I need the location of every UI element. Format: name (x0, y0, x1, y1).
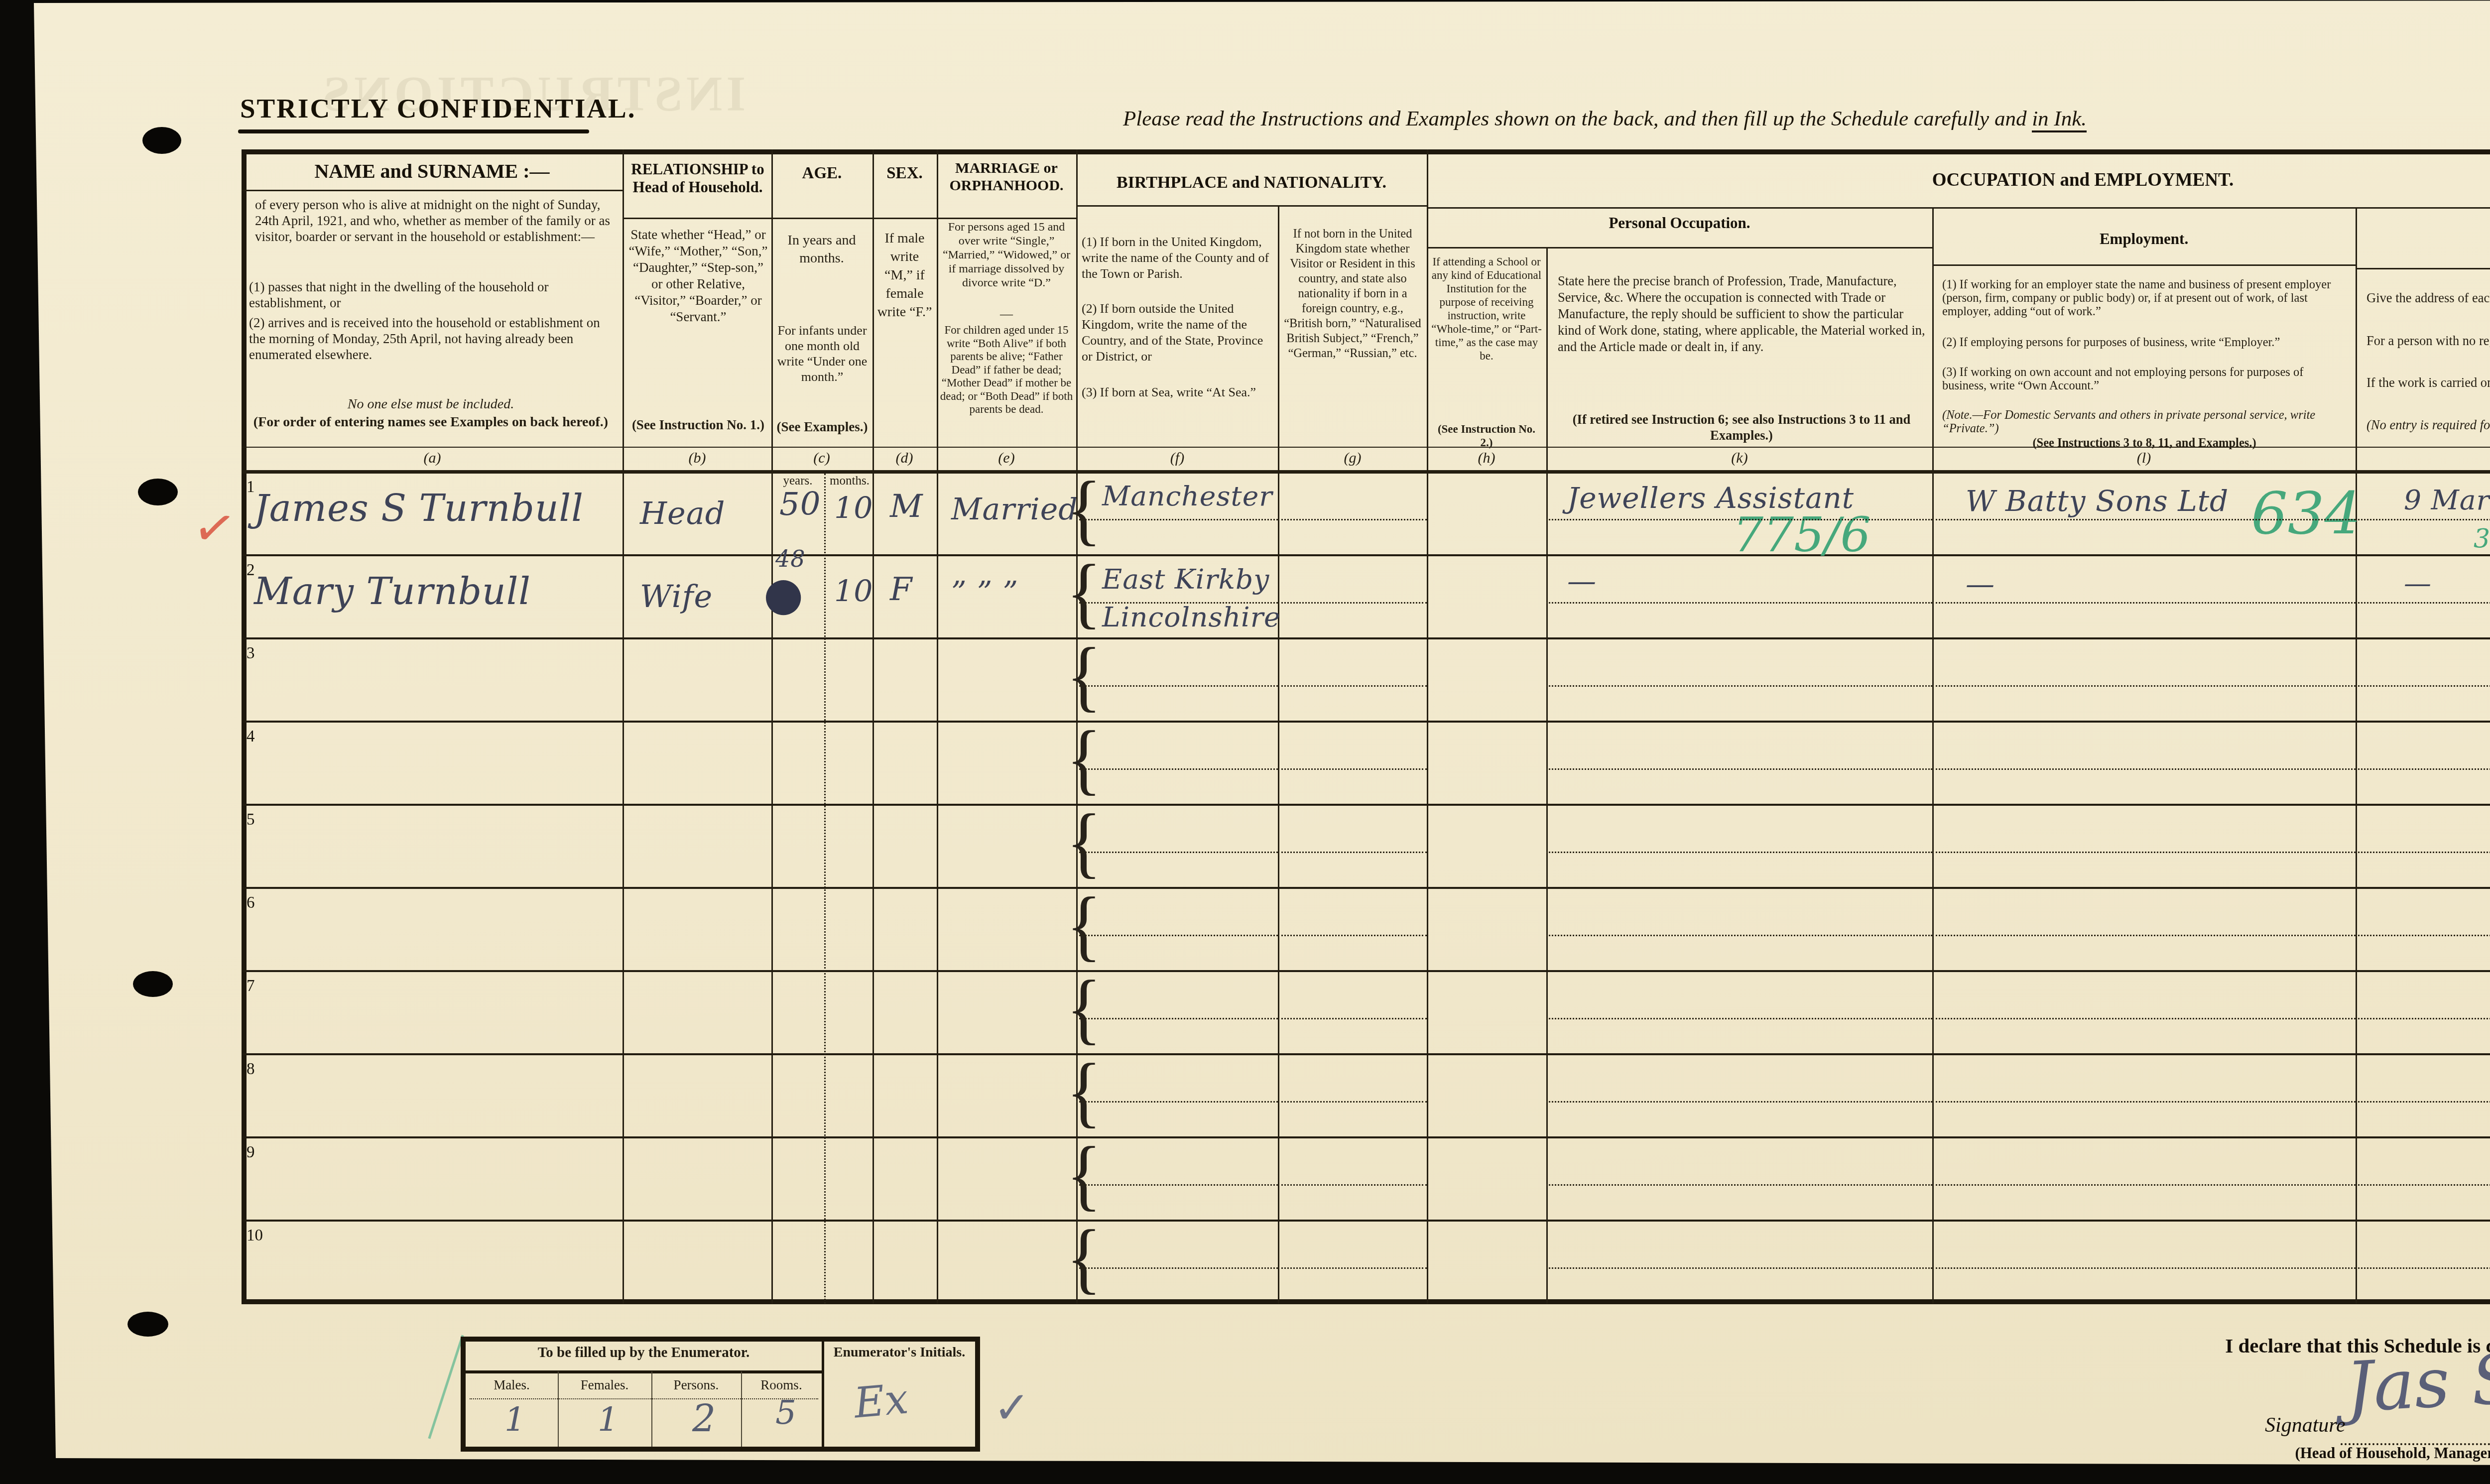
col-sex-body: If male write “M,” if female write “F.” (874, 229, 935, 321)
dotted-writing-line (1932, 768, 2356, 770)
punch-hole (138, 479, 178, 505)
dotted-writing-line (1076, 519, 1278, 520)
table-row: 4 { UnderOneAge last birthday.1234567891… (242, 723, 2490, 806)
dotted-writing-line (1278, 852, 1427, 853)
dotted-writing-line (1546, 1101, 1932, 1103)
punch-hole (142, 127, 181, 154)
entry-employer: — (1966, 567, 1995, 601)
enumerator-initials-value: Ex (852, 1374, 910, 1427)
entry-birthplace: East Kirkby (1102, 563, 1269, 595)
dotted-writing-line (1278, 1267, 1427, 1269)
top-instruction: Please read the Instructions and Example… (1123, 107, 2468, 131)
table-row: 1 James S Turnbull Head 50 10 M Married … (242, 473, 2490, 556)
rule (1427, 207, 2490, 209)
col-name-body: of every person who is alive at midnight… (255, 197, 613, 245)
entry-sex: F (890, 571, 912, 608)
dotted-writing-line (1932, 602, 2356, 604)
dotted-writing-line (1076, 1267, 1278, 1269)
dotted-writing-line (2356, 1267, 2490, 1269)
birthplace-brace: { (1066, 635, 1102, 716)
signature-caption: (Head of Household, Manager of Establish… (2189, 1444, 2490, 1462)
birthplace-brace: { (1066, 552, 1102, 633)
table-row: 6 { UnderOneAge last birthday.1234567891… (242, 889, 2490, 972)
table-row: 10 { UnderOneAge last birthday.123456789… (242, 1222, 2490, 1305)
dotted-writing-line (2356, 519, 2490, 520)
rooms-value: 5 (775, 1393, 796, 1432)
dotted-writing-line (1546, 768, 1932, 770)
rule (1076, 205, 1427, 207)
birthplace-left2: (2) If born outside the United Kingdom, … (1082, 301, 1272, 365)
entry-relationship: Wife (640, 578, 713, 615)
dotted-writing-line (1546, 685, 1932, 687)
occupation-code-annotation: 775/6 (1733, 507, 1871, 563)
school-body: If attending a School or any kind of Edu… (1430, 255, 1543, 363)
birthplace-brace: { (1066, 469, 1102, 550)
top-instruction-ink: in Ink. (2032, 107, 2087, 132)
col-rel-note: (See Instruction No. 1.) (628, 417, 768, 433)
place-b1: Give the address of each person’s place … (2366, 290, 2490, 306)
rooms-label: Rooms. (741, 1377, 822, 1393)
birthplace-brace: { (1066, 968, 1102, 1049)
row-number: 3 (247, 644, 255, 663)
occupation-super-title: OCCUPATION and EMPLOYMENT. (1427, 169, 2490, 191)
column-line (1427, 149, 1428, 472)
birthplace-brace: { (1066, 719, 1102, 799)
rule (822, 1342, 824, 1447)
dotted-writing-line (1278, 1018, 1427, 1019)
entry-name: Mary Turnbull (254, 570, 531, 613)
col-name-note2: (For order of entering names see Example… (247, 414, 615, 430)
entry-employer: W Batty Sons Ltd (1966, 484, 2229, 518)
employment-i3: (3) If working on own account and not em… (1942, 366, 2347, 392)
col-name-p2: (2) arrives and is received into the hou… (249, 315, 613, 363)
col-letter-g: (g) (1323, 450, 1382, 467)
table-row: 3 { UnderOneAge last birthday.1234567891… (242, 639, 2490, 723)
employment-note: (Note.—For Domestic Servants and others … (1942, 408, 2347, 435)
col-letter-e: (e) (977, 450, 1036, 467)
dotted-writing-line (1076, 935, 1278, 936)
punch-hole (127, 1312, 168, 1337)
school-note: (See Instruction No. 2.) (1430, 422, 1543, 449)
dotted-writing-line (1932, 519, 2356, 520)
col-age-note: (See Examples.) (775, 419, 870, 434)
birthplace-brace: { (1066, 885, 1102, 966)
dotted-writing-line (1546, 519, 1932, 520)
personal-occupation-note: (If retired see Instruction 6; see also … (1558, 411, 1925, 443)
dotted-writing-line (1546, 852, 1932, 853)
dotted-writing-line (1278, 519, 1427, 520)
place-of-work-title: Place of Work. (2356, 234, 2490, 252)
dotted-writing-line (1278, 1101, 1427, 1103)
dotted-writing-line (1076, 852, 1278, 853)
col-name-note: No one else must be included. (249, 396, 613, 412)
col-age-title: AGE. (771, 164, 872, 183)
table-row: 5 { UnderOneAge last birthday.1234567891… (242, 806, 2490, 889)
dotted-writing-line (1278, 1184, 1427, 1186)
males-value: 1 (504, 1400, 525, 1439)
dotted-writing-line (1932, 935, 2356, 936)
punch-hole (133, 971, 173, 997)
col-letter-k: (k) (1710, 450, 1769, 467)
entry-occupation: — (1567, 564, 1597, 598)
dotted-writing-line (1076, 1184, 1278, 1186)
col-marriage-body2: For children aged under 15 write “Both A… (939, 324, 1074, 416)
place-b3: If the work is carried on mainly at home… (2366, 374, 2490, 390)
row-number: 8 (247, 1060, 255, 1079)
col-age-body2: For infants under one month old write “U… (775, 323, 870, 384)
col-name-p1: (1) passes that night in the dwelling of… (249, 279, 613, 311)
dotted-writing-line (2356, 602, 2490, 604)
row-number: 4 (247, 728, 255, 746)
entry-place-of-work: — (2404, 567, 2432, 599)
signature-label: Signature (2265, 1413, 2346, 1437)
col-marriage-title: MARRIAGE or ORPHANHOOD. (937, 159, 1076, 194)
dotted-writing-line (1546, 1267, 1932, 1269)
dotted-writing-line (1076, 602, 1278, 604)
table-row: 2 Mary Turnbull Wife 48 ● 10 F ” ” ” { E… (242, 556, 2490, 639)
col-marriage-body: For persons aged 15 and over write “Sing… (940, 220, 1073, 290)
place-code-annotation: 3110-12 (2474, 524, 2490, 554)
ink-blot: ● (763, 567, 803, 620)
persons-value: 2 (692, 1397, 716, 1440)
personal-occupation-body: State here the precise branch of Profess… (1558, 273, 1925, 355)
dotted-writing-line (1932, 1184, 2356, 1186)
males-label: Males. (466, 1377, 558, 1393)
dotted-writing-line (1546, 602, 1932, 604)
dotted-writing-line (1278, 768, 1427, 770)
col-letter-l: (l) (2114, 450, 2174, 467)
table-row: 7 { UnderOneAge last birthday.1234567891… (242, 972, 2490, 1055)
confidential-underline (238, 129, 589, 133)
birthplace-brace: { (1066, 1051, 1102, 1132)
birthplace-super-title: BIRTHPLACE and NATIONALITY. (1076, 173, 1427, 192)
row-number: 6 (247, 894, 255, 912)
rule (2356, 268, 2490, 269)
entry-age-months: 10 (834, 491, 873, 526)
employment-title: Employment. (1932, 230, 2356, 248)
dotted-writing-line (2356, 852, 2490, 853)
birthplace-brace: { (1066, 802, 1102, 882)
top-instruction-text: Please read the Instructions and Example… (1123, 107, 2032, 130)
birthplace-brace: { (1066, 1134, 1102, 1215)
dotted-writing-line (470, 1398, 818, 1399)
rule (1932, 264, 2356, 266)
persons-label: Persons. (651, 1377, 741, 1393)
col-marriage-divider: — (940, 307, 1073, 322)
entry-marriage: ” ” ” (951, 575, 1018, 610)
dotted-writing-line (1278, 685, 1427, 687)
col-letter-c: (c) (792, 450, 852, 467)
entry-sex: M (890, 488, 923, 525)
personal-occupation-title: Personal Occupation. (1427, 214, 1932, 232)
rule (622, 218, 1076, 219)
dotted-writing-line (1278, 935, 1427, 936)
dotted-writing-line (2356, 935, 2490, 936)
birthplace-left3: (3) If born at Sea, write “At Sea.” (1082, 384, 1272, 400)
table-row: 9 { UnderOneAge last birthday.1234567891… (242, 1138, 2490, 1222)
employment-i2: (2) If employing persons for purposes of… (1942, 336, 2347, 349)
dotted-writing-line (1546, 1184, 1932, 1186)
census-schedule-scan: { "top": { "confidential": "STRICTLY CON… (0, 0, 2490, 1484)
birthplace-brace: { (1066, 1218, 1102, 1298)
summary-box-title: To be filled up by the Enumerator. (466, 1345, 822, 1361)
confidential-heading: STRICTLY CONFIDENTIAL. (240, 93, 636, 124)
col-sex-title: SEX. (872, 164, 937, 183)
females-value: 1 (598, 1400, 619, 1439)
column-line (771, 149, 773, 472)
column-line (1076, 149, 1078, 472)
col-letter-a: (a) (402, 450, 462, 467)
row-number: 9 (247, 1143, 255, 1162)
column-line (1546, 247, 1548, 472)
dotted-writing-line (2356, 1184, 2490, 1186)
column-line (1278, 205, 1279, 472)
dotted-writing-line (1546, 935, 1932, 936)
column-line (872, 149, 874, 472)
entry-place-of-work: 9 Market St. M/c (2404, 484, 2490, 516)
col-letter-b: (b) (667, 450, 727, 467)
employer-code-annotation: 634 (2251, 480, 2361, 547)
enumerator-initials-label: Enumerator's Initials. (825, 1345, 974, 1360)
dotted-writing-line (2356, 768, 2490, 770)
birthplace-left1: (1) If born in the United Kingdom, write… (1082, 234, 1272, 282)
col-letter-h: (h) (1457, 450, 1516, 467)
dotted-writing-line (1076, 685, 1278, 687)
dotted-writing-line (1076, 1101, 1278, 1103)
dotted-writing-line (1932, 685, 2356, 687)
place-note: (No entry is required for any person who… (2366, 417, 2490, 433)
entry-marriage: Married (951, 492, 1078, 527)
dotted-writing-line (2356, 1101, 2490, 1103)
table-row: 8 { UnderOneAge last birthday.1234567891… (242, 1055, 2490, 1138)
dotted-writing-line (2356, 685, 2490, 687)
column-line (622, 149, 624, 472)
rule (242, 190, 622, 191)
employment-see: (See Instructions 3 to 8, 11, and Exampl… (1942, 436, 2347, 450)
employment-i1: (1) If working for an employer state the… (1942, 278, 2347, 318)
col-rel-title: RELATIONSHIP to Head of Household. (624, 160, 771, 196)
column-line (937, 149, 938, 472)
pencil-tick: ✓ (994, 1382, 1030, 1433)
col-letter-f: (f) (1147, 450, 1207, 467)
entry-age-years: 50 (779, 486, 821, 523)
entry-age-months: 10 (834, 574, 873, 609)
dotted-writing-line (1932, 1267, 2356, 1269)
entry-name: James S Turnbull (254, 487, 584, 530)
dotted-writing-line (2356, 1018, 2490, 1019)
dotted-writing-line (1278, 602, 1427, 604)
dotted-writing-line (1932, 1101, 2356, 1103)
enumerator-summary-box: To be filled up by the Enumerator. Enume… (461, 1337, 980, 1452)
rule (466, 1370, 823, 1373)
col-name-title: NAME and SURNAME :— (242, 159, 622, 183)
col-letter-d: (d) (874, 450, 934, 467)
dotted-writing-line (1932, 852, 2356, 853)
col-age-body: In years and months. (777, 232, 867, 267)
row-number: 7 (247, 977, 255, 995)
entry-birthplace-2: Lincolnshire (1102, 601, 1281, 633)
place-b2: For a person with no regular place of wo… (2366, 333, 2490, 349)
col-rel-body: State whether “Head,” or “Wife,” “Mother… (628, 227, 768, 325)
females-label: Females. (558, 1377, 651, 1393)
dotted-writing-line (1076, 768, 1278, 770)
row-number: 10 (247, 1227, 263, 1245)
entry-birthplace: Manchester (1102, 480, 1272, 512)
nationality-body: If not born in the United Kingdom state … (1284, 227, 1421, 361)
rule (1427, 247, 1932, 248)
entry-relationship: Head (640, 495, 725, 531)
dotted-writing-line (1546, 1018, 1932, 1019)
row-number: 5 (247, 811, 255, 829)
dotted-writing-line (1076, 1018, 1278, 1019)
dotted-writing-line (1932, 1018, 2356, 1019)
